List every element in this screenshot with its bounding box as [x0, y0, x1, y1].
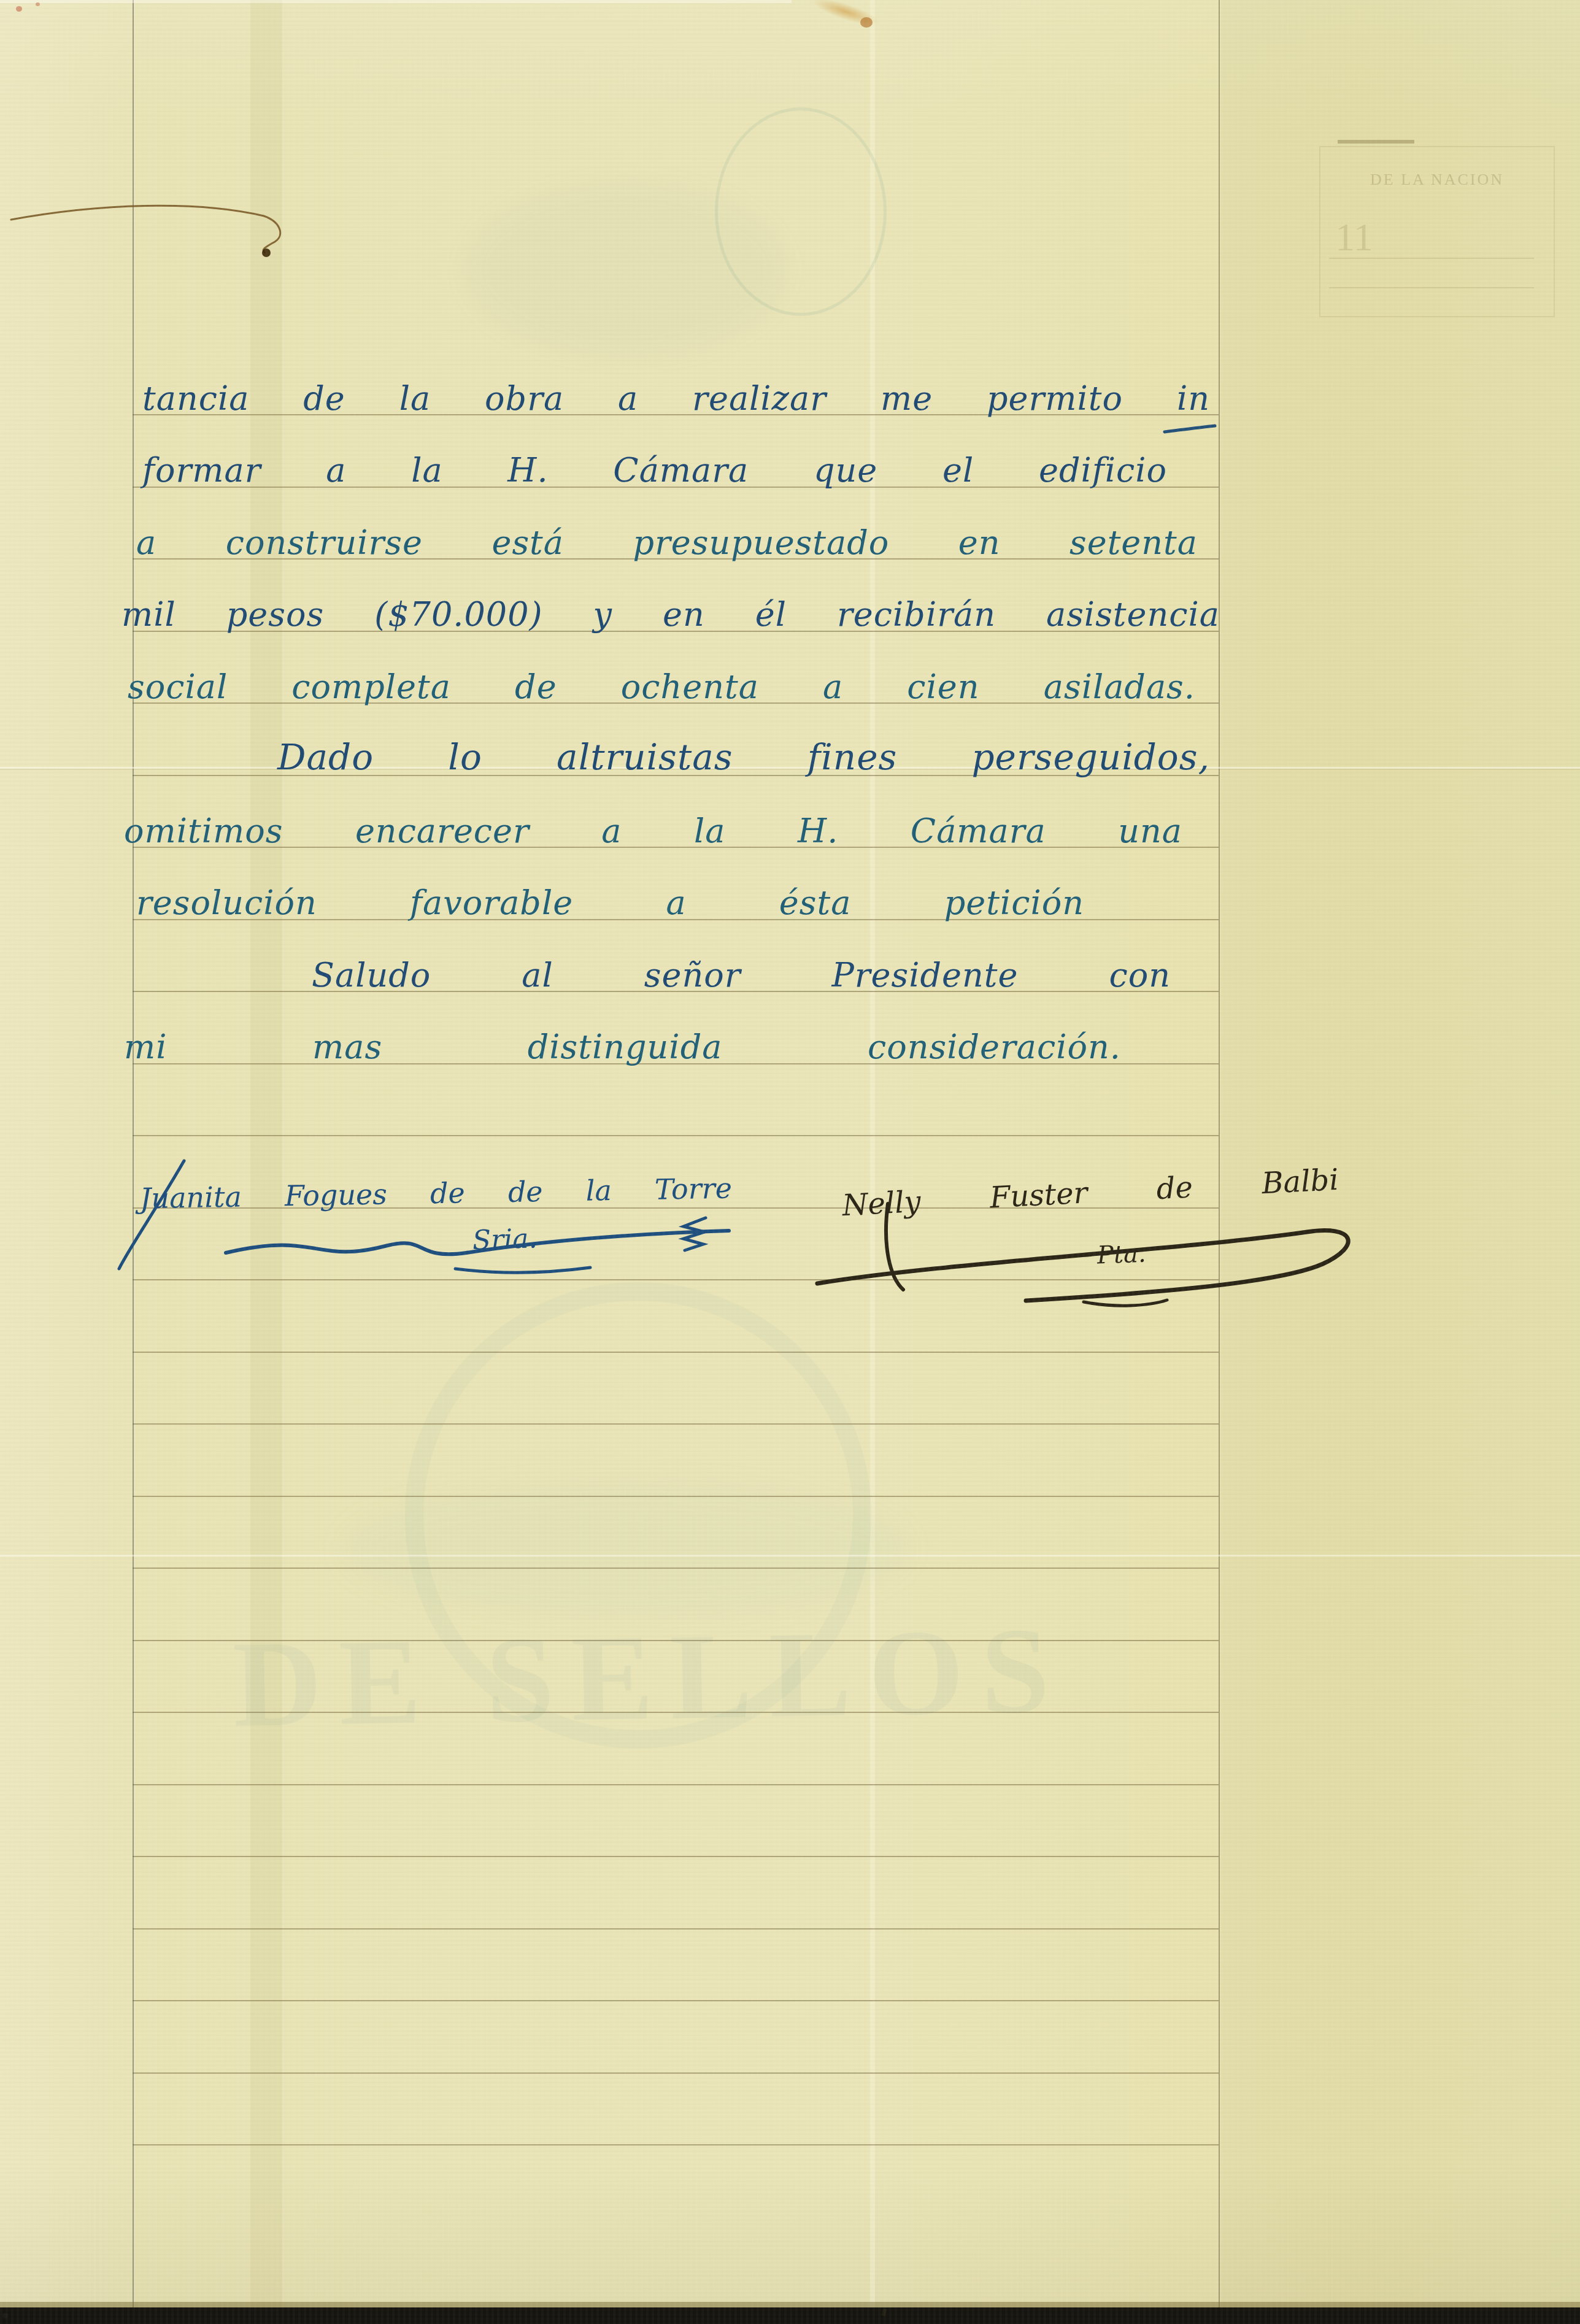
handwriting-line: mil pesos ($70.000) y en él recibirán as… — [121, 598, 1220, 632]
bleedthrough-form-box: DE LA NACION 11 — [1319, 146, 1555, 317]
letter-page: DE SELLOS DE LA NACION 11 tancia de la o… — [0, 0, 1580, 2324]
form-ghost-caption: DE LA NACION — [1320, 171, 1554, 189]
handwriting-line: social completa de ochenta a cien asilad… — [128, 670, 1195, 704]
handwriting-line: formar a la H. Cámara que el edificio — [142, 453, 1167, 488]
signature-right-title: Pta. — [1096, 1240, 1146, 1270]
fold-crease — [0, 1555, 1580, 1556]
paper-top-edge — [0, 0, 792, 3]
form-ghost-rule — [1329, 287, 1534, 288]
handwriting-line: a construirse está presupuestado en sete… — [136, 526, 1198, 560]
stamp-ghost-circle — [715, 107, 887, 316]
rust-stain-dot — [860, 17, 873, 28]
handwriting-line: resolución favorable a ésta petición — [136, 886, 1084, 920]
handwriting-line: Saludo al señor Presidente con — [312, 958, 1171, 993]
form-ghost-number: 11 — [1335, 215, 1373, 260]
handwriting-line: tancia de la obra a realizar me permito … — [142, 382, 1210, 416]
handwriting-line: Dado lo altruistas fines perseguidos, — [277, 740, 1210, 774]
form-ghost-dash — [1338, 140, 1414, 144]
fiber-strand — [11, 206, 280, 253]
signature-left-title: Sria. — [472, 1223, 538, 1256]
form-ghost-rule — [1329, 258, 1534, 259]
paper-bottom-edge — [0, 2302, 1580, 2307]
ink-speck — [36, 2, 40, 6]
paper-tone-band-right — [1221, 0, 1580, 2324]
ink-speck — [2, 2313, 8, 2318]
handwriting-line: omitimos encarecer a la H. Cámara una — [124, 814, 1182, 848]
handwriting-line: mi mas distinguida consideración. — [124, 1030, 1121, 1064]
right-margin-line — [1219, 0, 1220, 2324]
scan-background-strip — [0, 2307, 1580, 2324]
ink-speck — [16, 6, 22, 12]
left-margin-line — [133, 0, 134, 2324]
